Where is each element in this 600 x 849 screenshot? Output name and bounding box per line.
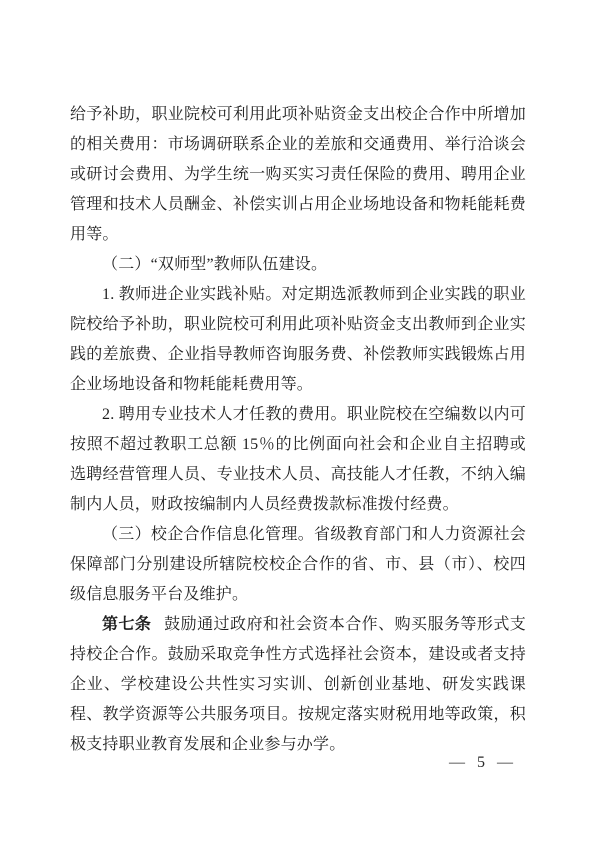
paragraph: 1. 教师进企业实践补贴。对定期选派教师到企业实践的职业院校给予补助，职业院校可…	[70, 280, 526, 400]
article-number: 第七条	[102, 616, 151, 633]
paragraph: （二）“双师型”教师队伍建设。	[70, 250, 526, 280]
paragraph: 第七条鼓励通过政府和社会资本合作、购买服务等形式支持校企合作。鼓励采取竞争性方式…	[70, 610, 526, 760]
paragraph: （三）校企合作信息化管理。省级教育部门和人力资源社会保障部门分别建设所辖院校校企…	[70, 520, 526, 610]
document-body: 给予补助，职业院校可利用此项补贴资金支出校企合作中所增加的相关费用：市场调研联系…	[70, 100, 526, 760]
document-page: 给予补助，职业院校可利用此项补贴资金支出校企合作中所增加的相关费用：市场调研联系…	[0, 0, 600, 849]
paragraph: 给予补助，职业院校可利用此项补贴资金支出校企合作中所增加的相关费用：市场调研联系…	[70, 100, 526, 250]
paragraph: 2. 聘用专业技术人才任教的费用。职业院校在空编数以内可按照不超过教职工总额 1…	[70, 400, 526, 520]
page-number: — 5 —	[449, 752, 514, 774]
